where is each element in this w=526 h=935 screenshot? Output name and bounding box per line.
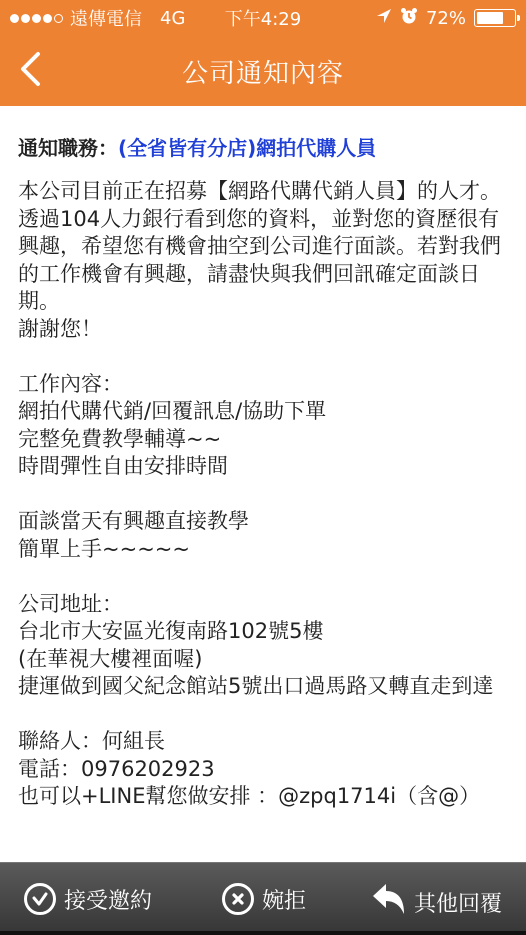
network-type: 4G [160,8,185,29]
bottom-edge [0,931,526,935]
battery-icon [474,9,516,27]
reply-arrow-icon [372,883,406,921]
close-circle-icon [222,883,254,915]
decline-label: 婉拒 [262,884,306,915]
signal-dot [10,14,19,23]
signal-dot [21,14,30,23]
decline-button[interactable]: 婉拒 [222,883,306,915]
signal-dot-empty [54,14,63,23]
other-reply-label: 其他回覆 [414,887,502,918]
chevron-left-icon [18,51,42,91]
battery-tip [517,15,520,21]
status-left: 遠傳電信 4G [10,5,185,31]
nav-bar: 公司通知內容 [0,36,526,106]
signal-dot [32,14,41,23]
accept-label: 接受邀約 [64,884,152,915]
battery-percent: 72% [426,8,466,29]
signal-dot [43,14,52,23]
status-right: 72% [376,7,516,30]
carrier-name: 遠傳電信 [70,5,142,31]
message-body: 本公司目前正在招募【網路代購代銷人員】的人才。 透過104人力銀行看到您的資料，… [18,178,518,811]
location-arrow-icon [376,8,392,29]
check-circle-icon [24,883,56,915]
bottom-toolbar: 接受邀約 婉拒 其他回覆 [0,862,526,935]
position-line: 通知職務：(全省皆有分店)網拍代購人員 [18,132,376,161]
other-reply-button[interactable]: 其他回覆 [372,883,502,921]
status-bar: 遠傳電信 4G 下午4:29 72% [0,0,526,36]
alarm-icon [400,7,418,30]
back-button[interactable] [10,48,50,94]
page-title: 公司通知內容 [182,53,344,90]
battery-fill [477,12,503,24]
accept-invitation-button[interactable]: 接受邀約 [24,883,152,915]
signal-strength-icon [10,14,63,23]
position-label: 通知職務： [18,136,118,160]
position-value: (全省皆有分店)網拍代購人員 [118,136,376,160]
notification-content[interactable]: ▀ ▝ ▖ 通知職務：(全省皆有分店)網拍代購人員 本公司目前正在招募【網路代購… [0,106,526,862]
